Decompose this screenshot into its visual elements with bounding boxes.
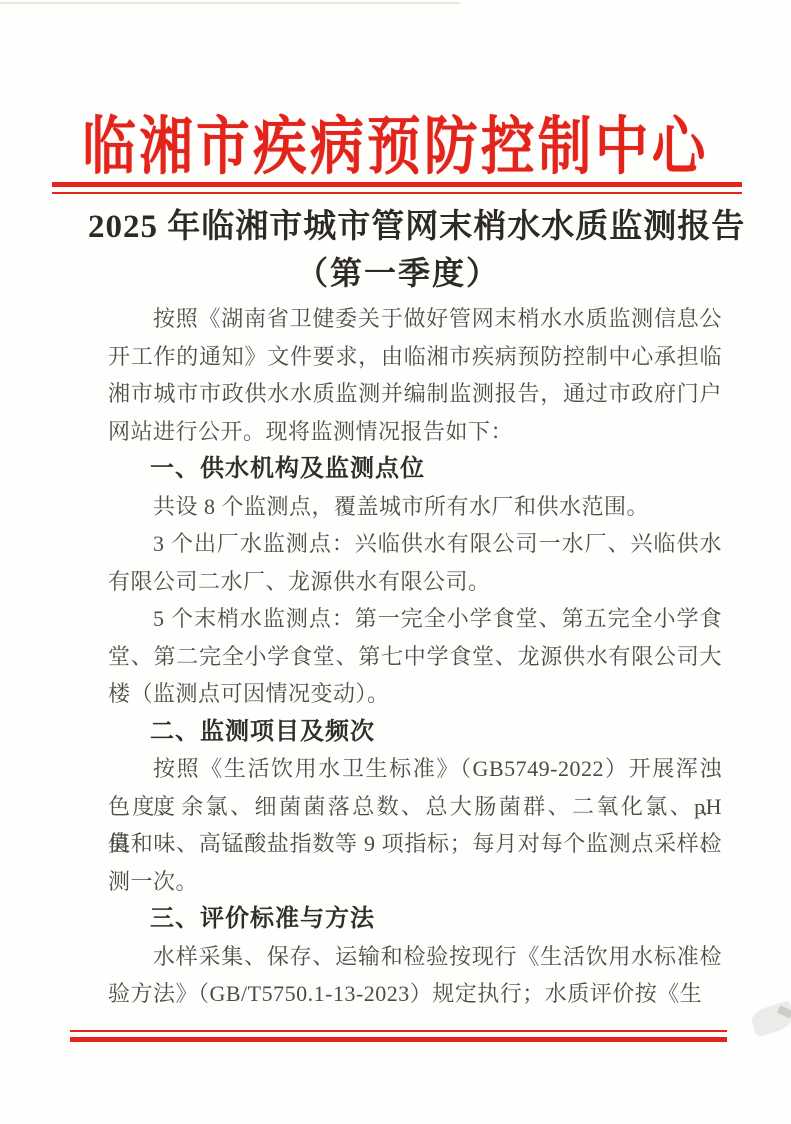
- footer-rule-thin: [70, 1030, 727, 1032]
- text-line: 验方法》（GB/T5750.1-13-2023）规定执行；水质评价按《生: [108, 975, 722, 1013]
- text-line: 按照《生活饮用水卫生标准》（GB5749-2022）开展浑浊度、: [108, 750, 722, 788]
- header-rule-thin: [52, 192, 742, 194]
- section-heading: 三、评价标准与方法: [108, 900, 722, 938]
- org-name: 临湘市疾病预防控制中心: [82, 96, 708, 187]
- text-line: 测一次。: [108, 863, 722, 901]
- header-rule-thick: [52, 182, 742, 187]
- section-heading: 二、监测项目及频次: [108, 713, 722, 751]
- text-line: 楼（监测点可因情况变动）。: [108, 675, 722, 713]
- text-line: 按照《湖南省卫健委关于做好管网末梢水水质监测信息公: [108, 300, 722, 338]
- text-line: 有限公司二水厂、龙源供水有限公司。: [108, 563, 722, 601]
- scanned-document-page: 临湘市疾病预防控制中心 2025 年临湘市城市管网末梢水水质监测报告 （第一季度…: [0, 0, 791, 1124]
- document-title-line1: 2025 年临湘市城市管网末梢水水质监测报告: [88, 203, 708, 251]
- footer-rule-thick: [70, 1037, 727, 1042]
- text-line: 色度、余氯、细菌菌落总数、总大肠菌群、二氧化氯、pH 值、: [108, 788, 722, 826]
- document-title-line2: （第一季度）: [88, 251, 708, 295]
- section-heading: 一、供水机构及监测点位: [108, 450, 722, 488]
- text-line: 水样采集、保存、运输和检验按现行《生活饮用水标准检: [108, 938, 722, 976]
- letterhead: 临湘市疾病预防控制中心: [0, 96, 791, 188]
- text-line: 开工作的通知》文件要求，由临湘市疾病预防控制中心承担临: [108, 338, 722, 376]
- paragraph: 共设 8 个监测点，覆盖城市所有水厂和供水范围。: [108, 488, 722, 526]
- document-title: 2025 年临湘市城市管网末梢水水质监测报告 （第一季度）: [88, 203, 708, 295]
- text-line: 共设 8 个监测点，覆盖城市所有水厂和供水范围。: [108, 488, 722, 526]
- paragraph: 水样采集、保存、运输和检验按现行《生活饮用水标准检验方法》（GB/T5750.1…: [108, 938, 722, 1013]
- document-body: 按照《湖南省卫健委关于做好管网末梢水水质监测信息公开工作的通知》文件要求，由临湘…: [108, 300, 722, 1013]
- text-line: 堂、第二完全小学食堂、第七中学食堂、龙源供水有限公司大: [108, 638, 722, 676]
- text-line: 臭和味、高锰酸盐指数等 9 项指标；每月对每个监测点采样检: [108, 825, 722, 863]
- paragraph: 3 个出厂水监测点：兴临供水有限公司一水厂、兴临供水有限公司二水厂、龙源供水有限…: [108, 525, 722, 600]
- scan-artifact-smudge: [749, 1000, 791, 1038]
- paragraph: 按照《湖南省卫健委关于做好管网末梢水水质监测信息公开工作的通知》文件要求，由临湘…: [108, 300, 722, 450]
- text-line: 3 个出厂水监测点：兴临供水有限公司一水厂、兴临供水: [108, 525, 722, 563]
- text-line: 网站进行公开。现将监测情况报告如下：: [108, 413, 722, 451]
- text-line: 湘市城市市政供水水质监测并编制监测报告，通过市政府门户: [108, 375, 722, 413]
- text-line: 5 个末梢水监测点：第一完全小学食堂、第五完全小学食: [108, 600, 722, 638]
- paragraph: 5 个末梢水监测点：第一完全小学食堂、第五完全小学食堂、第二完全小学食堂、第七中…: [108, 600, 722, 713]
- paragraph: 按照《生活饮用水卫生标准》（GB5749-2022）开展浑浊度、色度、余氯、细菌…: [108, 750, 722, 900]
- scan-artifact-top-edge: [0, 2, 460, 4]
